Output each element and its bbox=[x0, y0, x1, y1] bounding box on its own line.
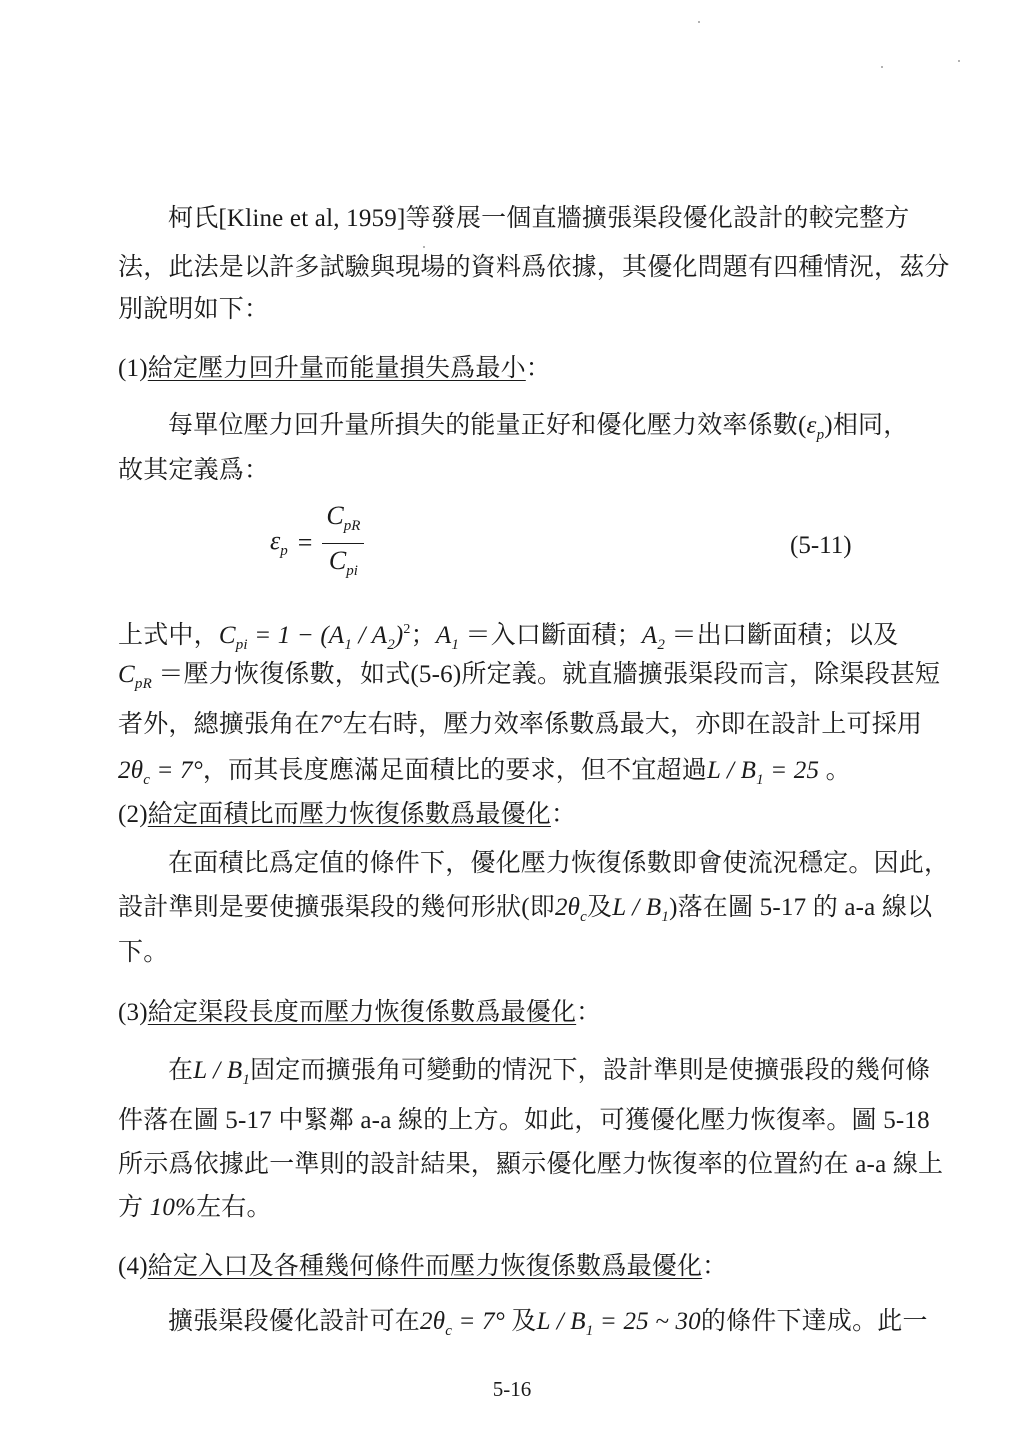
subscript: 1 bbox=[242, 1072, 250, 1088]
intro-line-3: 別說明如下： bbox=[118, 294, 888, 326]
text: 左右時，壓力效率係數爲最大，亦即在設計上可採用 bbox=[343, 711, 923, 738]
cpr-symbol: C bbox=[326, 501, 343, 530]
lb-ratio: L / B bbox=[612, 894, 661, 921]
theta-symbol: 2θ bbox=[420, 1308, 445, 1335]
cpi-subscript: pi bbox=[346, 563, 358, 579]
section-3-line-1: 在L / B1固定而擴張角可變動的情況下，設計準則是使擴張段的幾何條 bbox=[168, 1055, 886, 1096]
section-4-heading: (4)給定入口及各種幾何條件而壓力恢復係數爲最優化： bbox=[118, 1251, 888, 1283]
text: 及 bbox=[505, 1308, 537, 1335]
text: 及 bbox=[587, 894, 612, 921]
superscript: 2 bbox=[403, 622, 410, 637]
intro-line-1: 柯氏[Kline et al, 1959]等發展一個直牆擴張渠段優化設計的較完整… bbox=[168, 203, 886, 235]
text: 在 bbox=[168, 1057, 193, 1084]
scan-speck bbox=[881, 66, 883, 68]
text: 方 bbox=[118, 1194, 150, 1221]
scan-speck bbox=[423, 246, 425, 248]
section-3-suffix: ： bbox=[576, 999, 601, 1026]
section-4-line-1: 擴張渠段優化設計可在2θc = 7° 及L / B1 = 25 ~ 30的條件下… bbox=[168, 1306, 886, 1347]
explanation-line-3: 者外，總擴張角在7°左右時，壓力效率係數爲最大，亦即在設計上可採用 bbox=[118, 709, 888, 741]
section-2-suffix: ： bbox=[551, 801, 576, 828]
text: 的條件下達成。此一 bbox=[701, 1308, 928, 1335]
formula-part: = 7° bbox=[150, 757, 203, 784]
theta-symbol: 2θ bbox=[555, 894, 580, 921]
section-3-line-2: 件落在圖 5-17 中緊鄰 a-a 線的上方。如此，可獲優化壓力恢復率。圖 5-… bbox=[118, 1105, 888, 1137]
section-2-line-2: 設計準則是要使擴張渠段的幾何形狀(即2θc及L / B1)落在圖 5-17 的 … bbox=[118, 892, 888, 933]
cpr-subscript: pR bbox=[135, 676, 152, 692]
angle-value: 7° bbox=[320, 711, 343, 738]
section-2-heading: (2)給定面積比而壓力恢復係數爲最優化： bbox=[118, 799, 888, 831]
equation-number: (5-11) bbox=[790, 530, 852, 562]
section-4-title: 給定入口及各種幾何條件而壓力恢復係數爲最優化 bbox=[148, 1253, 702, 1280]
fraction-numerator: CpR bbox=[322, 501, 364, 544]
section-3-line-4: 方 10%左右。 bbox=[118, 1192, 888, 1224]
lb-ratio: L / B bbox=[707, 757, 756, 784]
para-text: 每單位壓力回升量所損失的能量正好和優化壓力效率係數( bbox=[168, 412, 807, 439]
text: )落在圖 5-17 的 a-a 線以 bbox=[669, 894, 932, 921]
scan-speck bbox=[958, 60, 960, 62]
text: 上式中， bbox=[118, 622, 219, 649]
section-2-line-1: 在面積比爲定值的條件下，優化壓力恢復係數即會使流況穩定。因此， bbox=[168, 848, 886, 880]
lb-ratio: L / B bbox=[537, 1308, 586, 1335]
cpi-symbol: C bbox=[329, 546, 346, 575]
range-value: = 25 ~ 30 bbox=[593, 1308, 700, 1335]
theta-symbol: 2θ bbox=[118, 757, 143, 784]
a2-symbol: A bbox=[642, 622, 657, 649]
cpi-symbol: C bbox=[219, 622, 236, 649]
a1-symbol: A bbox=[436, 622, 451, 649]
text: 左右。 bbox=[196, 1194, 272, 1221]
explanation-line-1: 上式中，Cpi = 1 − (A1 / A2)2；A1 ＝入口斷面積；A2 ＝出… bbox=[118, 614, 888, 661]
section-1-title: 給定壓力回升量而能量損失爲最小 bbox=[148, 355, 526, 382]
epsilon-subscript: p bbox=[280, 543, 288, 559]
lb-ratio: L / B bbox=[193, 1057, 242, 1084]
percent-value: 10% bbox=[150, 1194, 196, 1221]
epsilon-symbol: ε bbox=[807, 412, 817, 439]
cpr-symbol: C bbox=[118, 661, 135, 688]
subscript: 1 bbox=[451, 637, 459, 653]
subscript: 2 bbox=[657, 637, 665, 653]
section-3-title: 給定渠段長度而壓力恢復係數爲最優化 bbox=[148, 999, 576, 1026]
text: ＝出口斷面積；以及 bbox=[665, 622, 898, 649]
scan-speck bbox=[698, 21, 700, 23]
text: ，而其長度應滿足面積比的要求，但不宜超過 bbox=[203, 757, 707, 784]
formula-part: = 7° bbox=[452, 1308, 505, 1335]
section-4-prefix: (4) bbox=[118, 1253, 148, 1280]
page-number: 5-16 bbox=[0, 1376, 1024, 1402]
section-3-heading: (3)給定渠段長度而壓力恢復係數爲最優化： bbox=[118, 997, 888, 1029]
explanation-line-4: 2θc = 7°，而其長度應滿足面積比的要求，但不宜超過L / B1 = 25 … bbox=[118, 755, 888, 796]
subscript: 1 bbox=[344, 637, 352, 653]
cpi-subscript: pi bbox=[236, 637, 248, 653]
text: 。 bbox=[819, 757, 851, 784]
text: ； bbox=[411, 622, 436, 649]
section-1-prefix: (1) bbox=[118, 355, 148, 382]
section-3-line-3: 所示爲依據此一準則的設計結果，顯示優化壓力恢復率的位置約在 a-a 線上 bbox=[118, 1149, 888, 1181]
equation-5-11: εp = CpR Cpi bbox=[270, 508, 364, 578]
equals-sign: = bbox=[298, 528, 313, 558]
text: 設計準則是要使擴張渠段的幾何形狀(即 bbox=[118, 894, 555, 921]
section-3-prefix: (3) bbox=[118, 999, 148, 1026]
fraction-denominator: Cpi bbox=[325, 544, 362, 586]
section-2-prefix: (2) bbox=[118, 801, 148, 828]
equation-lhs: εp bbox=[270, 526, 288, 560]
text: 擴張渠段優化設計可在 bbox=[168, 1308, 420, 1335]
section-1-heading: (1)給定壓力回升量而能量損失爲最小： bbox=[118, 353, 888, 385]
section-1-suffix: ： bbox=[526, 355, 551, 382]
equation-fraction: CpR Cpi bbox=[322, 501, 364, 586]
document-page: 柯氏[Kline et al, 1959]等發展一個直牆擴張渠段優化設計的較完整… bbox=[0, 0, 1024, 1451]
cpr-subscript: pR bbox=[344, 518, 361, 534]
subscript: 2 bbox=[387, 637, 395, 653]
text: ＝入口斷面積； bbox=[459, 622, 642, 649]
section-2-title: 給定面積比而壓力恢復係數爲最優化 bbox=[148, 801, 551, 828]
text: ＝壓力恢復係數，如式(5-6)所定義。就直牆擴張渠段而言，除渠段甚短 bbox=[152, 661, 940, 688]
epsilon-symbol: ε bbox=[270, 526, 280, 555]
explanation-line-2: CpR ＝壓力恢復係數，如式(5-6)所定義。就直牆擴張渠段而言，除渠段甚短 bbox=[118, 659, 888, 700]
formula-part: = 1 − (A bbox=[248, 622, 345, 649]
section-1-para-line-1: 每單位壓力回升量所損失的能量正好和優化壓力效率係數(εp)相同， bbox=[168, 410, 886, 451]
theta-subscript: c bbox=[580, 909, 587, 925]
subscript: 1 bbox=[661, 909, 669, 925]
formula-part: = 25 bbox=[764, 757, 819, 784]
subscript: 1 bbox=[756, 772, 764, 788]
section-1-para-line-2: 故其定義爲： bbox=[118, 455, 888, 487]
text: 者外，總擴張角在 bbox=[118, 711, 320, 738]
text: 固定而擴張角可變動的情況下，設計準則是使擴張段的幾何條 bbox=[250, 1057, 930, 1084]
para-text: )相同， bbox=[824, 412, 908, 439]
intro-line-2: 法，此法是以許多試驗與現場的資料爲依據，其優化問題有四種情況，茲分 bbox=[118, 252, 888, 284]
formula-part: / A bbox=[352, 622, 387, 649]
section-4-suffix: ： bbox=[702, 1253, 727, 1280]
section-2-line-3: 下。 bbox=[118, 937, 888, 969]
